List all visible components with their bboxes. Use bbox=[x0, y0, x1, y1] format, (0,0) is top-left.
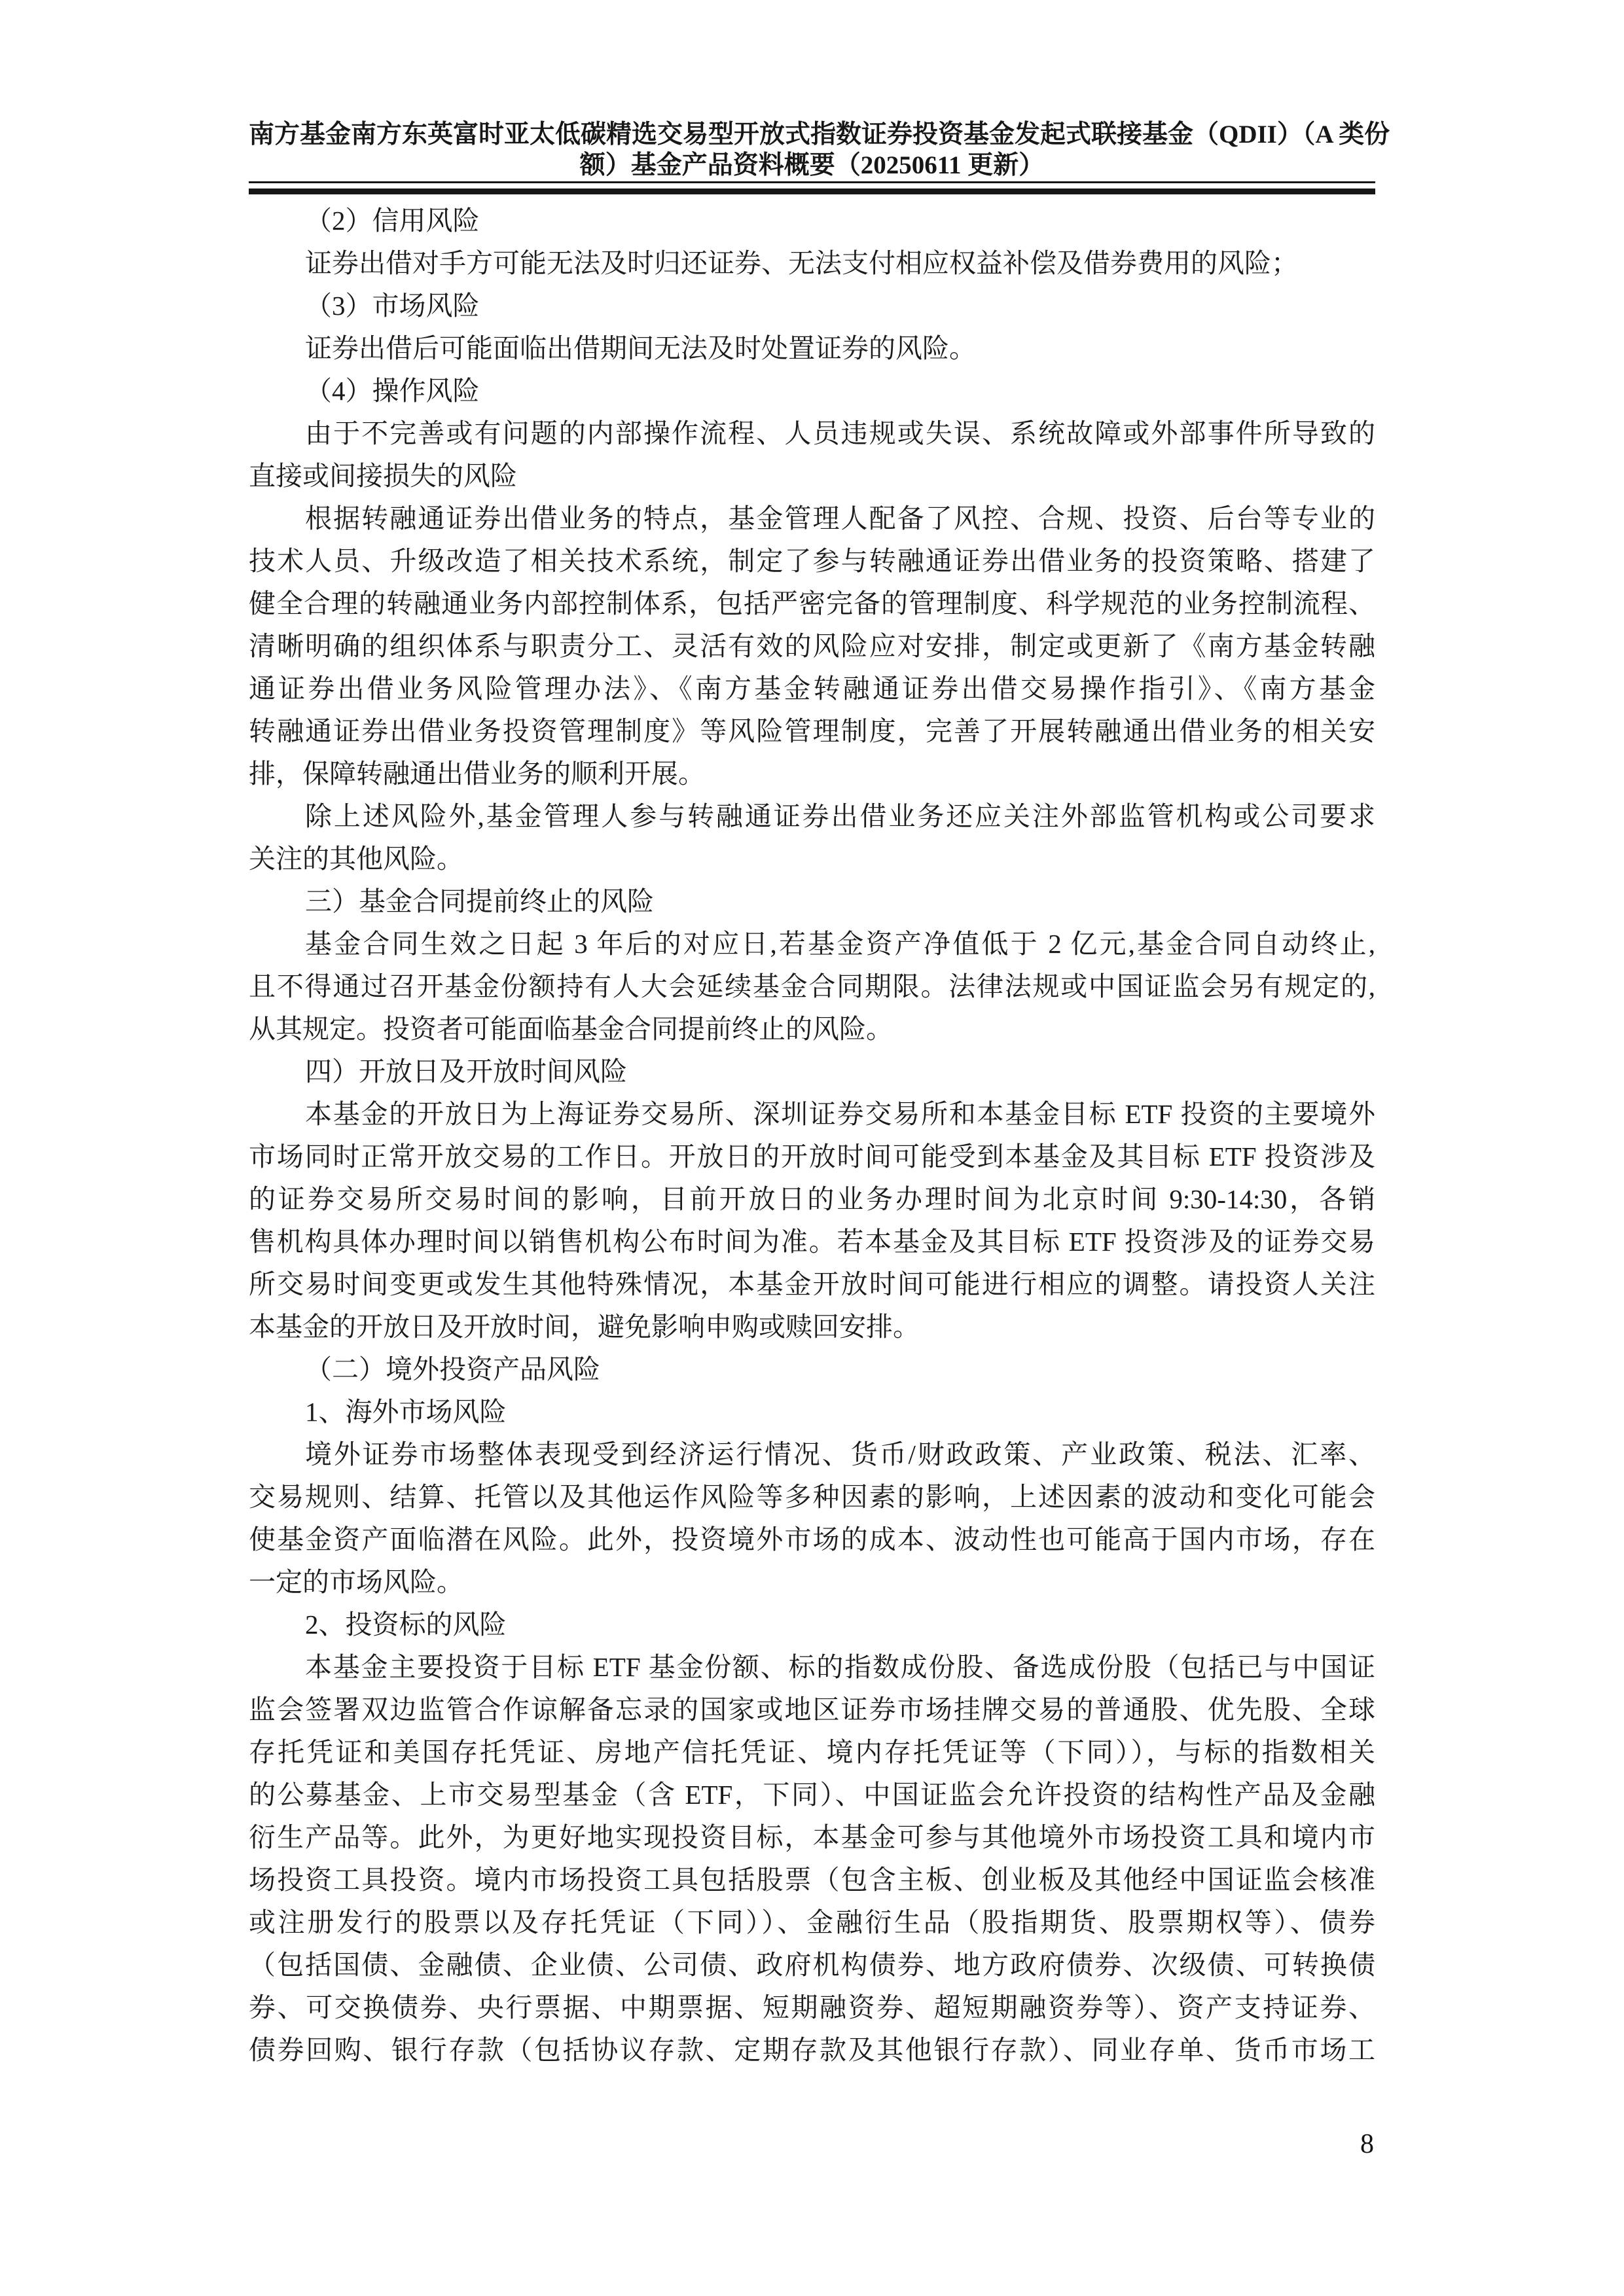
body-line: （2）信用风险 bbox=[249, 200, 1375, 242]
body-line: 证券出借对手方可能无法及时归还证券、无法支付相应权益补偿及借券费用的风险； bbox=[249, 242, 1375, 285]
body-line: 直接或间接损失的风险 bbox=[249, 455, 1375, 497]
body-line: 除上述风险外,基金管理人参与转融通证券出借业务还应关注外部监管机构或公司要求 bbox=[249, 795, 1375, 838]
body-line: 健全合理的转融通业务内部控制体系，包括严密完备的管理制度、科学规范的业务控制流程… bbox=[249, 583, 1375, 625]
body-line: 或注册发行的股票以及存托凭证（下同））、金融衍生品（股指期货、股票期权等）、债券 bbox=[249, 1901, 1375, 1944]
header-rule-thick bbox=[249, 188, 1375, 194]
document-body: （2）信用风险证券出借对手方可能无法及时归还证券、无法支付相应权益补偿及借券费用… bbox=[249, 200, 1375, 2072]
body-line: 从其规定。投资者可能面临基金合同提前终止的风险。 bbox=[249, 1008, 1375, 1050]
body-line: 监会签署双边监管合作谅解备忘录的国家或地区证券市场挂牌交易的普通股、优先股、全球 bbox=[249, 1689, 1375, 1731]
body-line: 债券回购、银行存款（包括协议存款、定期存款及其他银行存款）、同业存单、货币市场工 bbox=[249, 2029, 1375, 2072]
body-line: 的公募基金、上市交易型基金（含 ETF，下同）、中国证监会允许投资的结构性产品及… bbox=[249, 1774, 1375, 1816]
body-line: 四）开放日及开放时间风险 bbox=[249, 1050, 1375, 1093]
body-line: 本基金的开放日及开放时间，避免影响申购或赎回安排。 bbox=[249, 1306, 1375, 1348]
body-line: 转融通证券出借业务投资管理制度》等风险管理制度，完善了开展转融通出借业务的相关安 bbox=[249, 710, 1375, 753]
header-rule-thin bbox=[249, 181, 1375, 183]
body-line: 一定的市场风险。 bbox=[249, 1561, 1375, 1604]
body-line: 根据转融通证券出借业务的特点，基金管理人配备了风控、合规、投资、后台等专业的 bbox=[249, 497, 1375, 540]
body-line: 证券出借后可能面临出借期间无法及时处置证券的风险。 bbox=[249, 327, 1375, 370]
body-line: 本基金主要投资于目标 ETF 基金份额、标的指数成份股、备选成份股（包括已与中国… bbox=[249, 1646, 1375, 1689]
body-line: 交易规则、结算、托管以及其他运作风险等多种因素的影响，上述因素的波动和变化可能会 bbox=[249, 1476, 1375, 1518]
body-line: 排，保障转融通出借业务的顺利开展。 bbox=[249, 753, 1375, 795]
body-line: 使基金资产面临潜在风险。此外，投资境外市场的成本、波动性也可能高于国内市场，存在 bbox=[249, 1518, 1375, 1561]
header-title-line-2: 额）基金产品资料概要（20250611 更新） bbox=[249, 150, 1375, 181]
body-line: （包括国债、金融债、企业债、公司债、政府机构债券、地方政府债券、次级债、可转换债 bbox=[249, 1944, 1375, 1986]
body-line: 的证券交易所交易时间的影响，目前开放日的业务办理时间为北京时间 9:30-14:… bbox=[249, 1178, 1375, 1221]
body-line: 存托凭证和美国存托凭证、房地产信托凭证、境内存托凭证等（下同）），与标的指数相关 bbox=[249, 1731, 1375, 1774]
page-number: 8 bbox=[1360, 2128, 1374, 2160]
document-page: 南方基金南方东英富时亚太低碳精选交易型开放式指数证券投资基金发起式联接基金（QD… bbox=[0, 0, 1624, 2296]
body-line: 所交易时间变更或发生其他特殊情况，本基金开放时间可能进行相应的调整。请投资人关注 bbox=[249, 1263, 1375, 1306]
body-line: 技术人员、升级改造了相关技术系统，制定了参与转融通证券出借业务的投资策略、搭建了 bbox=[249, 540, 1375, 583]
body-line: 由于不完善或有问题的内部操作流程、人员违规或失误、系统故障或外部事件所导致的 bbox=[249, 412, 1375, 455]
body-line: 市场同时正常开放交易的工作日。开放日的开放时间可能受到本基金及其目标 ETF 投… bbox=[249, 1136, 1375, 1178]
page-header: 南方基金南方东英富时亚太低碳精选交易型开放式指数证券投资基金发起式联接基金（QD… bbox=[249, 119, 1375, 181]
body-line: 场投资工具投资。境内市场投资工具包括股票（包含主板、创业板及其他经中国证监会核准 bbox=[249, 1859, 1375, 1901]
body-line: （4）操作风险 bbox=[249, 370, 1375, 412]
body-line: 境外证券市场整体表现受到经济运行情况、货币/财政政策、产业政策、税法、汇率、 bbox=[249, 1433, 1375, 1476]
body-line: （3）市场风险 bbox=[249, 285, 1375, 327]
body-line: 2、投资标的风险 bbox=[249, 1604, 1375, 1646]
body-line: 本基金的开放日为上海证券交易所、深圳证券交易所和本基金目标 ETF 投资的主要境… bbox=[249, 1093, 1375, 1136]
body-line: 基金合同生效之日起 3 年后的对应日,若基金资产净值低于 2 亿元,基金合同自动… bbox=[249, 923, 1375, 965]
body-line: 售机构具体办理时间以销售机构公布时间为准。若本基金及其目标 ETF 投资涉及的证… bbox=[249, 1221, 1375, 1263]
body-line: 券、可交换债券、央行票据、中期票据、短期融资券、超短期融资券等）、资产支持证券、 bbox=[249, 1986, 1375, 2029]
body-line: （二）境外投资产品风险 bbox=[249, 1348, 1375, 1391]
body-line: 关注的其他风险。 bbox=[249, 838, 1375, 880]
body-line: 且不得通过召开基金份额持有人大会延续基金合同期限。法律法规或中国证监会另有规定的… bbox=[249, 965, 1375, 1008]
body-line: 三）基金合同提前终止的风险 bbox=[249, 880, 1375, 923]
header-title-line-1: 南方基金南方东英富时亚太低碳精选交易型开放式指数证券投资基金发起式联接基金（QD… bbox=[249, 119, 1375, 150]
body-line: 1、海外市场风险 bbox=[249, 1391, 1375, 1433]
body-line: 衍生产品等。此外，为更好地实现投资目标，本基金可参与其他境外市场投资工具和境内市 bbox=[249, 1816, 1375, 1859]
body-line: 通证券出借业务风险管理办法》、《南方基金转融通证券出借交易操作指引》、《南方基金 bbox=[249, 668, 1375, 710]
body-line: 清晰明确的组织体系与职责分工、灵活有效的风险应对安排，制定或更新了《南方基金转融 bbox=[249, 625, 1375, 668]
